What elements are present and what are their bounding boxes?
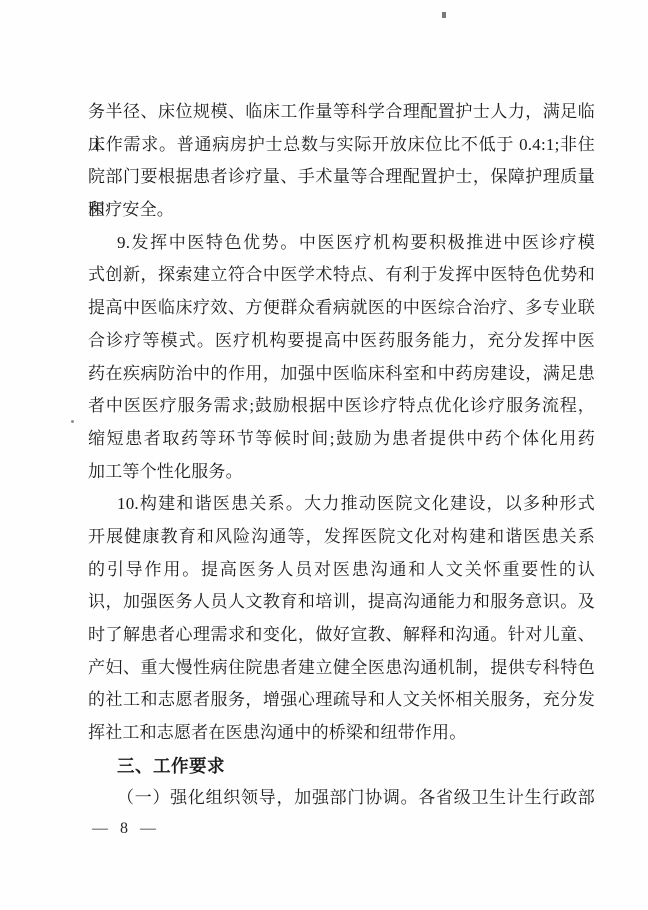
body-line: 产妇、重大慢性病住院患者建立健全医患沟通机制，提供专科特色 (88, 652, 595, 685)
body-line: 缩短患者取药等环节等候时间;鼓励为患者提供中药个体化用药 (88, 423, 595, 456)
body-line: 务半径、床位规模、临床工作量等科学合理配置护士人力，满足临床 (88, 96, 595, 129)
body-line: 的引导作用。提高医务人员对医患沟通和人文关怀重要性的认 (88, 554, 595, 587)
body-line: 药在疾病防治中的作用，加强中医临床科室和中药房建设，满足患 (88, 358, 595, 391)
body-line: 提高中医临床疗效、方便群众看病就医的中医综合治疗、多专业联 (88, 292, 595, 325)
body-line: 挥社工和志愿者在医患沟通中的桥梁和纽带作用。 (88, 717, 595, 750)
body-line: 者中医医疗服务需求;鼓励根据中医诊疗特点优化诊疗服务流程， (88, 390, 595, 423)
body-line: 加工等个性化服务。 (88, 456, 595, 489)
body-line: 工作需求。普通病房护士总数与实际开放床位比不低于 0.4:1;非住 (88, 129, 595, 162)
body-line: 的社工和志愿者服务，增强心理疏导和人文关怀相关服务，充分发 (88, 684, 595, 717)
body-line: （一）强化组织领导，加强部门协调。各省级卫生计生行政部 (88, 782, 595, 815)
document-body: 务半径、床位规模、临床工作量等科学合理配置护士人力，满足临床 工作需求。普通病房… (88, 96, 595, 815)
section-heading: 三、工作要求 (88, 750, 595, 783)
body-line: 院部门要根据患者诊疗量、手术量等合理配置护士，保障护理质量和 (88, 161, 595, 194)
document-page: 务半径、床位规模、临床工作量等科学合理配置护士人力，满足临床 工作需求。普通病房… (0, 0, 648, 910)
body-line: 时了解患者心理需求和变化，做好宣教、解释和沟通。针对儿童、 (88, 619, 595, 652)
body-line: 合诊疗等模式。医疗机构要提高中医药服务能力，充分发挥中医 (88, 325, 595, 358)
page-number: — 8 — (92, 817, 160, 841)
body-line: 9.发挥中医特色优势。中医医疗机构要积极推进中医诊疗模 (88, 227, 595, 260)
body-line: 开展健康教育和风险沟通等，发挥医院文化对构建和谐医患关系 (88, 521, 595, 554)
body-line: 式创新，探索建立符合中医学术特点、有利于发挥中医特色优势和 (88, 259, 595, 292)
body-line: 识，加强医务人员人文教育和培训，提高沟通能力和服务意识。及 (88, 586, 595, 619)
body-line: 10.构建和谐医患关系。大力推动医院文化建设，以多种形式 (88, 488, 595, 521)
body-line: 医疗安全。 (88, 194, 595, 227)
scan-artifact-icon (71, 420, 74, 423)
scan-artifact-icon (442, 12, 446, 18)
